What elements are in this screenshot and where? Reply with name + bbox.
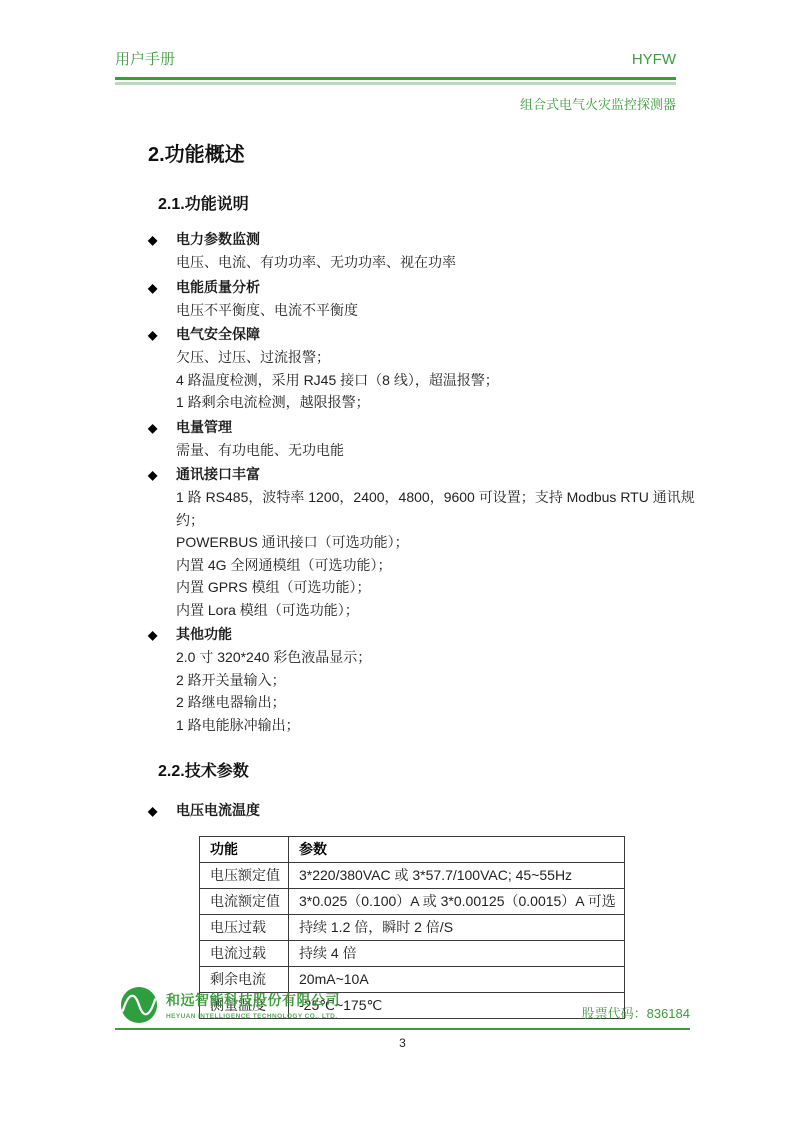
diamond-bullet-icon: ◆	[148, 624, 176, 646]
stock-code: 股票代码：836184	[582, 1003, 690, 1022]
header-rule-dark	[115, 77, 676, 80]
page-number: 3	[115, 1036, 690, 1050]
feature-item: ◆电气安全保障欠压、过压、过流报警；4 路温度检测，采用 RJ45 接口（8 线…	[148, 323, 683, 414]
section-title-tech-params: 2.2.技术参数	[158, 758, 683, 781]
diamond-bullet-icon: ◆	[148, 464, 176, 486]
feature-title: 其他功能	[176, 623, 232, 645]
feature-item: ◆电力参数监测电压、电流、有功功率、无功功率、视在功率	[148, 228, 683, 274]
header-doc-type: 用户手册	[115, 48, 175, 69]
spec-name-cell: 电流过载	[200, 941, 289, 967]
feature-detail-line: 2 路继电器输出；	[176, 691, 683, 714]
feature-item: ◆其他功能2.0 寸 320*240 彩色液晶显示；2 路开关量输入；2 路继电…	[148, 623, 683, 736]
feature-detail-line: 1 路电能脉冲输出；	[176, 714, 683, 737]
feature-detail-line: 欠压、过压、过流报警；	[176, 346, 683, 369]
document-page: 用户手册 HYFW 组合式电气火灾监控探测器 2.功能概述 2.1.功能说明 ◆…	[0, 0, 793, 1122]
feature-detail-line: 4 路温度检测，采用 RJ45 接口（8 线），超温报警；	[176, 369, 683, 392]
footer-rule	[115, 1028, 690, 1030]
diamond-bullet-icon: ◆	[148, 324, 176, 346]
feature-list: ◆电力参数监测电压、电流、有功功率、无功功率、视在功率◆电能质量分析电压不平衡度…	[148, 228, 683, 736]
diamond-bullet-icon: ◆	[148, 800, 176, 822]
spec-value-cell: 3*0.025（0.100）A 或 3*0.00125（0.0015）A 可选	[289, 889, 625, 915]
spec-value-cell: 3*220/380VAC 或 3*57.7/100VAC; 45~55Hz	[289, 863, 625, 889]
company-name-en: HEYUAN INTELLIGENCE TECHNOLOGY CO., LTD.	[166, 1013, 340, 1020]
feature-detail-line: 电压不平衡度、电流不平衡度	[176, 299, 683, 322]
company-name-cn: 和远智能科技股份有限公司	[166, 990, 340, 1010]
feature-detail-line: 内置 4G 全网通模组（可选功能）；	[176, 554, 683, 577]
spec-table-header-row: 功能参数	[200, 837, 625, 863]
feature-title: 电能质量分析	[176, 276, 260, 298]
feature-detail-line: 电压、电流、有功功率、无功功率、视在功率	[176, 251, 683, 274]
spec-col-header: 功能	[200, 837, 289, 863]
spec-name-cell: 电流额定值	[200, 889, 289, 915]
feature-detail-line: 1 路剩余电流检测，越限报警；	[176, 391, 683, 414]
header-model: HYFW	[632, 51, 676, 68]
diamond-bullet-icon: ◆	[148, 229, 176, 251]
feature-detail-line: 约；	[176, 509, 683, 532]
diamond-bullet-icon: ◆	[148, 277, 176, 299]
feature-item: ◆电能质量分析电压不平衡度、电流不平衡度	[148, 276, 683, 322]
table-row: 电压过载持续 1.2 倍，瞬时 2 倍/S	[200, 915, 625, 941]
spec-name-cell: 电压额定值	[200, 863, 289, 889]
document-content: 2.功能概述 2.1.功能说明 ◆电力参数监测电压、电流、有功功率、无功功率、视…	[148, 138, 683, 1019]
feature-detail-line: 需量、有功电能、无功电能	[176, 439, 683, 462]
table-row: 电流过载持续 4 倍	[200, 941, 625, 967]
diamond-bullet-icon: ◆	[148, 417, 176, 439]
feature-detail-line: 内置 Lora 模组（可选功能）；	[176, 599, 683, 622]
feature-detail-line: POWERBUS 通讯接口（可选功能）；	[176, 531, 683, 554]
spec-value-cell: 持续 1.2 倍，瞬时 2 倍/S	[289, 915, 625, 941]
header-rule-light	[115, 82, 676, 85]
feature-item: ◆电量管理需量、有功电能、无功电能	[148, 416, 683, 462]
feature-detail-line: 2.0 寸 320*240 彩色液晶显示；	[176, 646, 683, 669]
page-header: 用户手册 HYFW 组合式电气火灾监控探测器	[115, 48, 676, 113]
section-title-overview: 2.功能概述	[148, 138, 683, 167]
spec-name-cell: 电压过载	[200, 915, 289, 941]
feature-item: ◆通讯接口丰富1 路 RS485，波特率 1200，2400，4800，9600…	[148, 463, 683, 621]
feature-title: 电量管理	[176, 416, 232, 438]
spec-col-header: 参数	[289, 837, 625, 863]
table-row: 电流额定值3*0.025（0.100）A 或 3*0.00125（0.0015）…	[200, 889, 625, 915]
feature-title: 电力参数监测	[176, 228, 260, 250]
spec-bullet: ◆ 电压电流温度	[148, 799, 683, 822]
footer-logo-block: 和远智能科技股份有限公司 HEYUAN INTELLIGENCE TECHNOL…	[120, 986, 340, 1024]
feature-detail-line: 2 路开关量输入；	[176, 669, 683, 692]
feature-title: 电气安全保障	[176, 323, 260, 345]
company-logo-icon	[120, 986, 158, 1024]
feature-detail-line: 内置 GPRS 模组（可选功能）；	[176, 576, 683, 599]
header-product-subtitle: 组合式电气火灾监控探测器	[115, 94, 676, 113]
feature-detail-line: 1 路 RS485，波特率 1200，2400，4800，9600 可设置；支持…	[176, 486, 683, 509]
spec-value-cell: 持续 4 倍	[289, 941, 625, 967]
table-row: 电压额定值3*220/380VAC 或 3*57.7/100VAC; 45~55…	[200, 863, 625, 889]
feature-title: 通讯接口丰富	[176, 463, 260, 485]
section-title-function-desc: 2.1.功能说明	[158, 191, 683, 214]
spec-bullet-label: 电压电流温度	[176, 799, 260, 821]
